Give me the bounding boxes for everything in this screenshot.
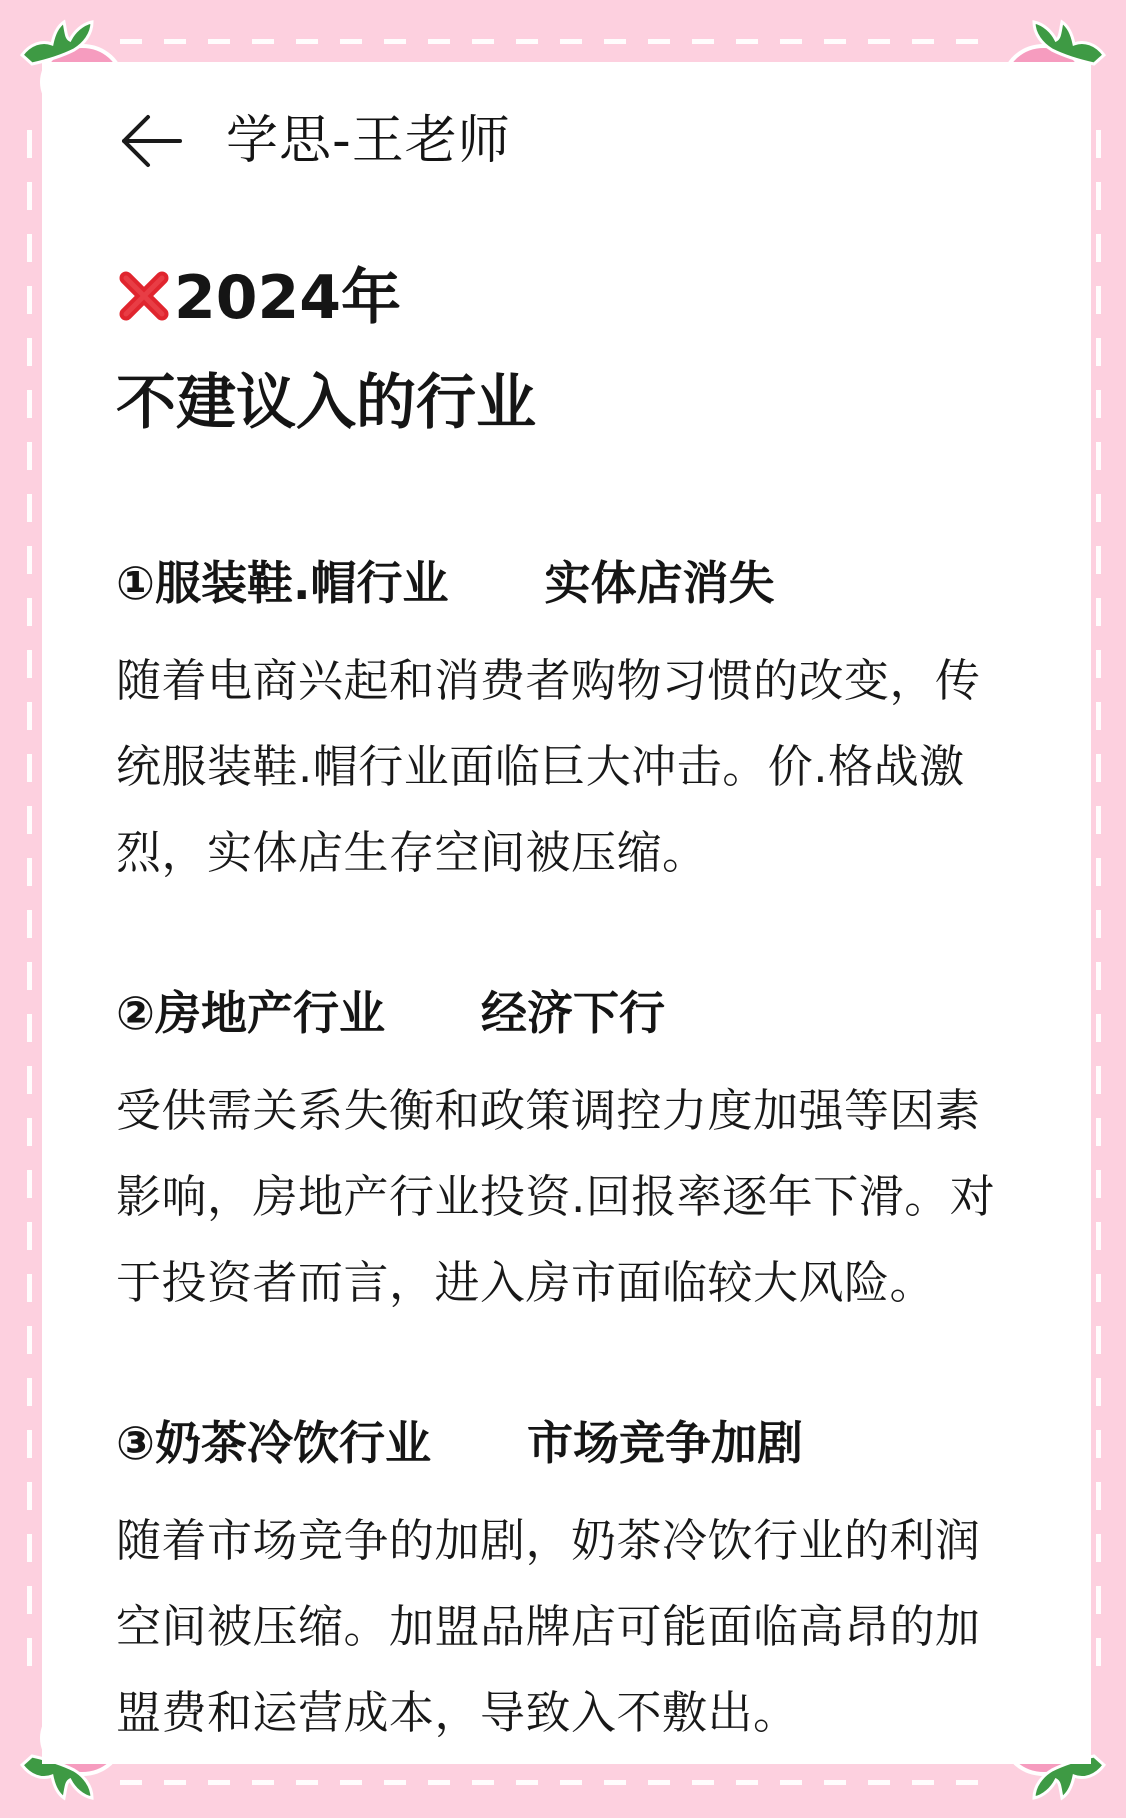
red-x-mark-icon [116, 268, 172, 324]
top-dashed-border [120, 39, 1000, 44]
section-tag: 实体店消失 [544, 553, 774, 613]
body-line: 统服装鞋.帽行业面临巨大冲击。价.格战激 [116, 724, 1046, 810]
body-line: 盟费和运营成本，导致入不敷出。 [116, 1670, 1046, 1756]
section-industry: 服装鞋.帽行业 [155, 553, 448, 613]
section-body: 随着市场竞争的加剧，奶茶冷饮行业的利润 空间被压缩。加盟品牌店可能面临高昂的加 … [116, 1498, 1046, 1756]
body-line: 空间被压缩。加盟品牌店可能面临高昂的加 [116, 1584, 1046, 1670]
body-line: 于投资者而言，进入房市面临较大风险。 [116, 1240, 1046, 1326]
section-heading: ①服装鞋.帽行业 实体店消失 [116, 553, 1046, 613]
section-industry: 奶茶冷饮行业 [155, 1413, 431, 1473]
industry-section-1: ①服装鞋.帽行业 实体店消失 随着电商兴起和消费者购物习惯的改变，传 统服装鞋.… [116, 553, 1046, 896]
author-name: 学思-王老师 [226, 108, 511, 174]
back-button[interactable] [120, 113, 182, 169]
body-line: 影响，房地产行业投资.回报率逐年下滑。对 [116, 1154, 1046, 1240]
arrow-left-icon [120, 113, 182, 169]
page-title-line2: 不建议入的行业 [116, 368, 536, 438]
section-number: ③ [116, 1413, 155, 1473]
body-line: 受供需关系失衡和政策调控力度加强等因素 [116, 1068, 1046, 1154]
page-title-line1: 2024年 [116, 263, 401, 333]
section-tag: 经济下行 [481, 983, 665, 1043]
section-heading: ②房地产行业 经济下行 [116, 983, 1046, 1043]
section-body: 随着电商兴起和消费者购物习惯的改变，传 统服装鞋.帽行业面临巨大冲击。价.格战激… [116, 638, 1046, 896]
section-body: 受供需关系失衡和政策调控力度加强等因素 影响，房地产行业投资.回报率逐年下滑。对… [116, 1068, 1046, 1326]
industry-section-2: ②房地产行业 经济下行 受供需关系失衡和政策调控力度加强等因素 影响，房地产行业… [116, 983, 1046, 1326]
section-number: ① [116, 553, 155, 613]
section-tag: 市场竞争加剧 [527, 1413, 803, 1473]
bottom-dashed-border [120, 1780, 1000, 1785]
right-dashed-border [1096, 130, 1101, 1690]
body-line: 烈，实体店生存空间被压缩。 [116, 810, 1046, 896]
section-number: ② [116, 983, 155, 1043]
section-industry: 房地产行业 [155, 983, 385, 1043]
body-line: 随着市场竞争的加剧，奶茶冷饮行业的利润 [116, 1498, 1046, 1584]
left-dashed-border [27, 130, 32, 1690]
page-header: 学思-王老师 [120, 108, 511, 174]
section-heading: ③奶茶冷饮行业 市场竞争加剧 [116, 1413, 1046, 1473]
body-line: 随着电商兴起和消费者购物习惯的改变，传 [116, 638, 1046, 724]
industry-section-3: ③奶茶冷饮行业 市场竞争加剧 随着市场竞争的加剧，奶茶冷饮行业的利润 空间被压缩… [116, 1413, 1046, 1756]
title-year: 2024年 [174, 263, 401, 333]
